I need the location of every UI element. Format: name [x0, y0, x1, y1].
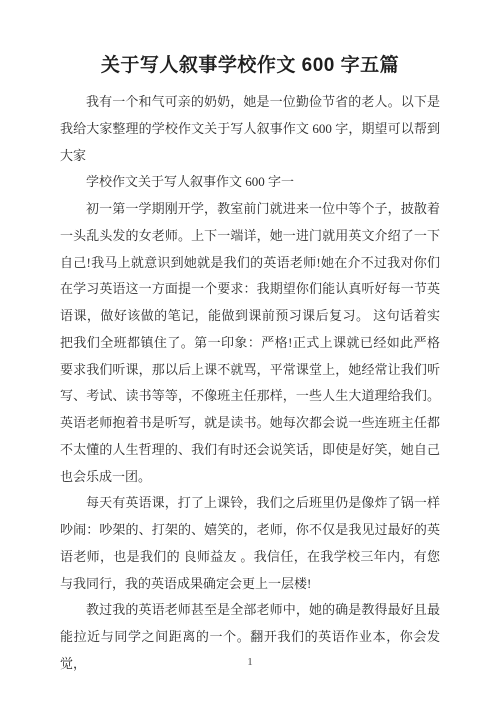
- page-title: 关于写人叙事学校作文 600 字五篇: [60, 52, 440, 80]
- paragraph: 我有一个和气可亲的奶奶，她是一位勤俭节省的老人。以下是我给大家整理的学校作文关于…: [60, 89, 440, 169]
- paragraph: 每天有英语课，打了上课铃，我们之后班里仍是像炸了锅一样吵闹：吵架的、打架的、嬉笑…: [60, 490, 440, 597]
- document-content: 关于写人叙事学校作文 600 字五篇 我有一个和气可亲的奶奶，她是一位勤俭节省的…: [0, 0, 500, 678]
- page-number: 1: [0, 656, 500, 668]
- document-page: 关于写人叙事学校作文 600 字五篇 我有一个和气可亲的奶奶，她是一位勤俭节省的…: [0, 0, 500, 708]
- paragraph: 学校作文关于写人叙事作文 600 字一: [60, 169, 440, 196]
- paragraph: 初一第一学期刚开学，教室前门就进来一位中等个子，披散着一头乱头发的女老师。上下一…: [60, 196, 440, 490]
- document-body: 我有一个和气可亲的奶奶，她是一位勤俭节省的老人。以下是我给大家整理的学校作文关于…: [60, 89, 440, 678]
